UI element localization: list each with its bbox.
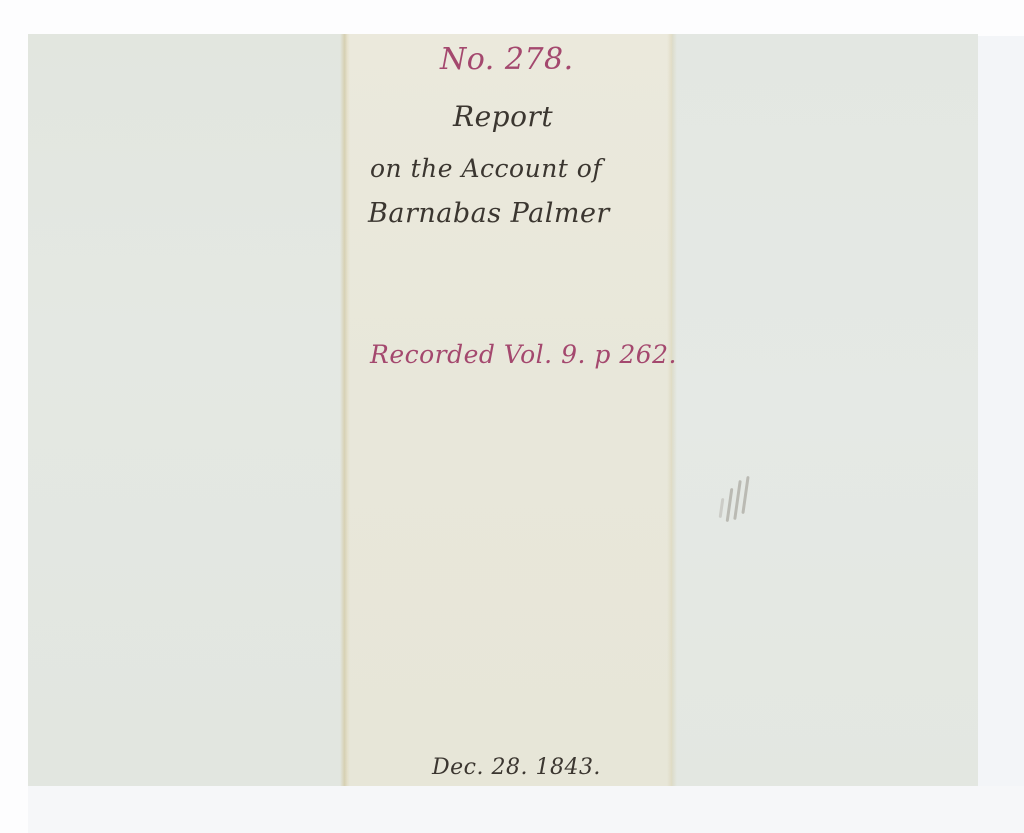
scan-bottom-band [28, 786, 1024, 833]
right-fold-panel [672, 34, 978, 786]
left-fold-panel [28, 34, 346, 786]
document-subject-line-1: on the Account of [370, 154, 602, 183]
scan-edge-strip [978, 36, 1024, 796]
ink-smudge [698, 474, 768, 554]
fold-crease-left [340, 34, 350, 786]
scan-background: No. 278. Report on the Account of Barnab… [0, 0, 1024, 833]
center-docket-panel [346, 34, 672, 786]
document-sheet: No. 278. Report on the Account of Barnab… [28, 34, 978, 786]
document-number: No. 278. [440, 42, 574, 77]
document-subject-line-2: Barnabas Palmer [368, 198, 610, 229]
document-date: Dec. 28. 1843. [432, 755, 601, 780]
recorded-note: Recorded Vol. 9. p 262. [370, 340, 677, 369]
document-title: Report [453, 100, 553, 133]
fold-crease-right [667, 34, 677, 786]
